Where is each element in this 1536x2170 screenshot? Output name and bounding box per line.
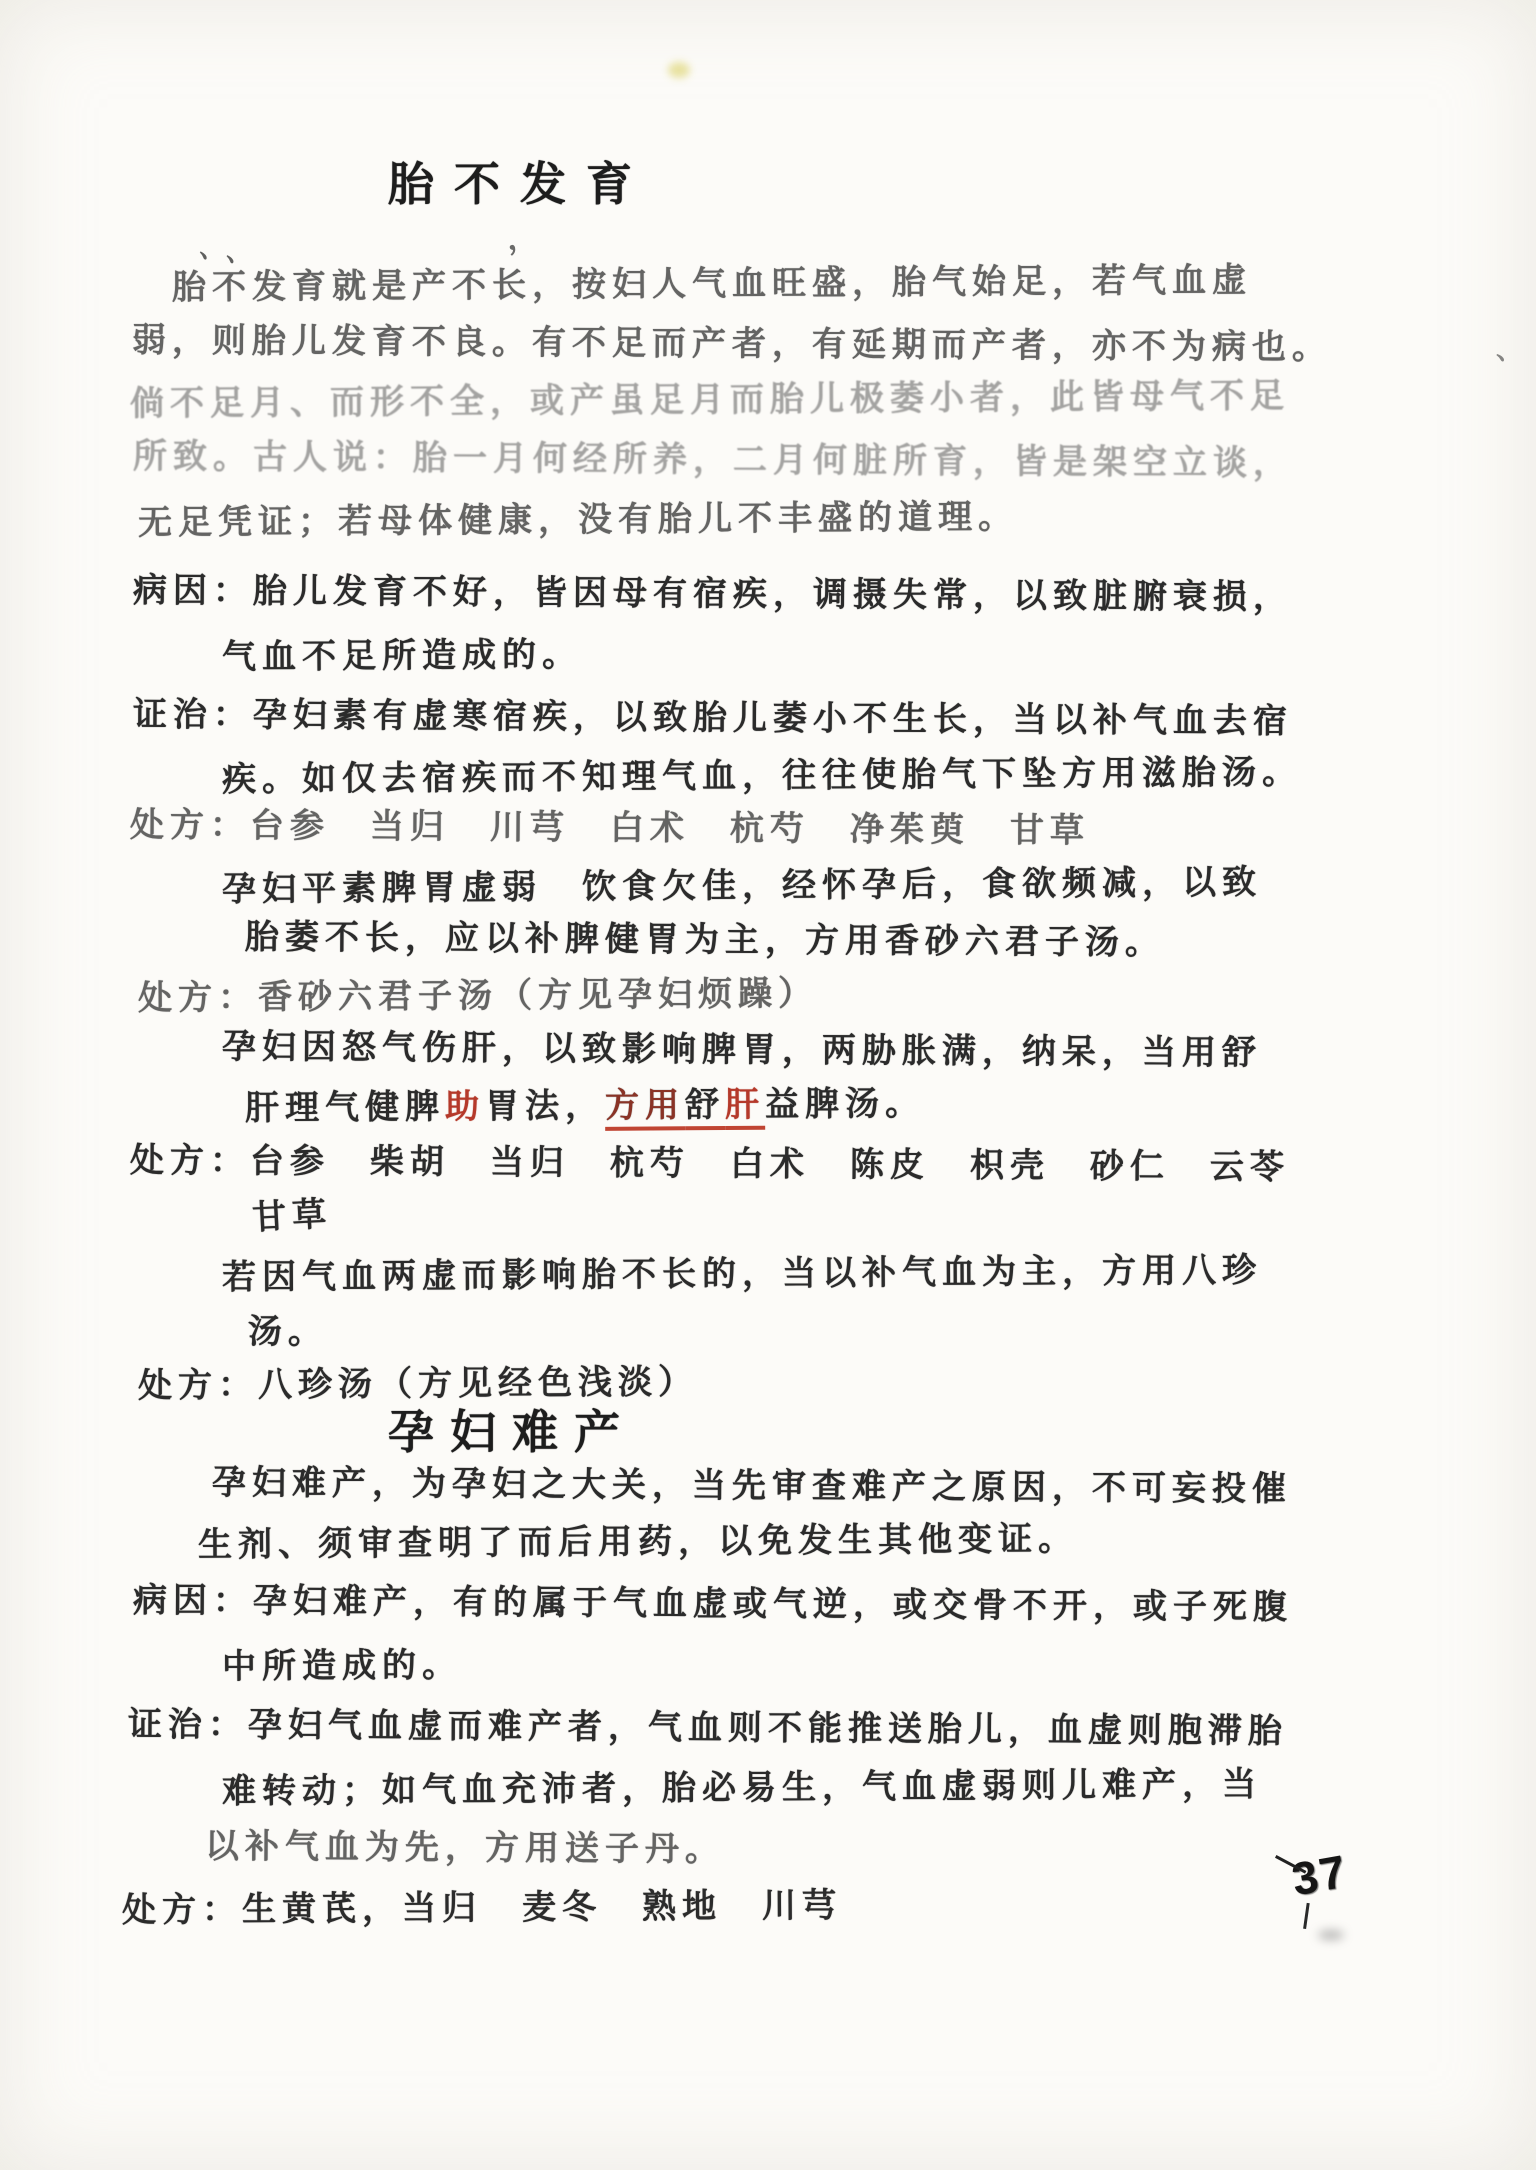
stray-ink-comma: ，	[501, 209, 539, 258]
text-line: 难转动；如气血充沛者，胎必易生，气血虚弱则儿难产，当	[222, 1756, 1262, 1812]
text-line-etiology: 病因：胎儿发育不好，皆因母有宿疾，调摄失常，以致脏腑衰损，	[133, 562, 1293, 618]
text-line: 所致。古人说：胎一月何经所养，二月何脏所育，皆是架空立谈，	[133, 428, 1293, 484]
text-line: 汤。	[248, 1304, 328, 1353]
yellow-stain-artifact	[668, 62, 690, 78]
text-line: 无足凭证；若母体健康，没有胎儿不丰盛的道理。	[138, 489, 1018, 544]
text-line: 甘草	[251, 1186, 333, 1239]
text-line: 气血不足所造成的。	[222, 627, 582, 679]
text-line-prescription: 处方：香砂六君子汤（方见孕妇烦躁）	[138, 966, 818, 1020]
text-segment: 胃法，	[485, 1087, 605, 1126]
text-line: 胎萎不长，应以补脾健胃为主，方用香砂六君子汤。	[245, 909, 1165, 964]
ink-smudge-artifact	[1318, 1930, 1344, 1940]
text-line: 疾。如仅去宿疾而不知理气血，往往使胎气下坠方用滋胎汤。	[222, 744, 1302, 801]
text-line: 弱，则胎儿发育不良。有不足而产者，有延期而产者，亦不为病也。	[132, 312, 1332, 368]
text-line: 胎不发育就是产不长，按妇人气血旺盛，胎气始足，若气血虚	[172, 252, 1252, 309]
text-line: 以补气血为先，方用送子丹。	[205, 1818, 725, 1870]
page-number: 37	[1288, 1844, 1352, 1907]
text-line-etiology: 病因：孕妇难产，有的属于气血虚或气逆，或交骨不开，或子死腹	[133, 1572, 1293, 1628]
text-line-diagnosis: 证治：孕妇气血虚而难产者，气血则不能推送胎儿，血虚则胞滞胎	[128, 1696, 1288, 1752]
text-line: 若因气血两虚而影响胎不长的，当以补气血为主，方用八珍	[222, 1242, 1262, 1298]
red-underlined-segment: 舒	[685, 1086, 725, 1130]
text-segment: 益脾汤。	[765, 1085, 925, 1124]
text-line: 孕妇平素脾胃虚弱 饮食欠佳，经怀孕后，食欲频减，以致	[222, 854, 1262, 910]
red-underlined-segment: 方用	[605, 1086, 685, 1131]
text-segment: 肝理气健脾	[245, 1088, 445, 1127]
text-line-prescription: 处方：台参 当归 川芎 白术 杭芍 净茱萸 甘草	[130, 797, 1090, 852]
text-line: 倘不足月、而形不全，或产虽足月而胎儿极萎小者，此皆母气不足	[130, 368, 1290, 425]
red-correction-char: 助	[445, 1088, 485, 1126]
text-line-with-red-corrections: 肝理气健脾助胃法，方用舒肝益脾汤。	[245, 1076, 925, 1130]
section-title-fetal-underdevelopment: 胎不发育	[388, 148, 652, 214]
text-line-prescription: 处方：生黄芪，当归 麦冬 熟地 川芎	[122, 1877, 842, 1931]
text-line: 生剂、须审查明了而后用药，以免发生其他变证。	[198, 1511, 1078, 1566]
text-line: 中所造成的。	[222, 1637, 462, 1688]
red-correction-char: 肝	[725, 1086, 765, 1130]
stray-ink-tick: 、	[1496, 330, 1522, 367]
text-line-diagnosis: 证治：孕妇素有虚寒宿疾，以致胎儿萎小不生长，当以补气血去宿	[133, 686, 1293, 742]
text-line: 孕妇难产，为孕妇之大关，当先审查难产之原因，不可妄投催	[212, 1455, 1292, 1511]
scanned-manuscript-page: 、、 ， 、 胎不发育 胎不发育就是产不长，按妇人气血旺盛，胎气始足，若气血虚 …	[0, 0, 1536, 2170]
text-line: 孕妇因怒气伤肝，以致影响脾胃，两胁胀满，纳呆，当用舒	[222, 1019, 1262, 1074]
text-line-prescription: 处方：台参 柴胡 当归 杭芍 白术 陈皮 枳壳 砂仁 云苓	[130, 1132, 1290, 1188]
section-title-difficult-labor: 孕妇难产	[388, 1396, 636, 1462]
